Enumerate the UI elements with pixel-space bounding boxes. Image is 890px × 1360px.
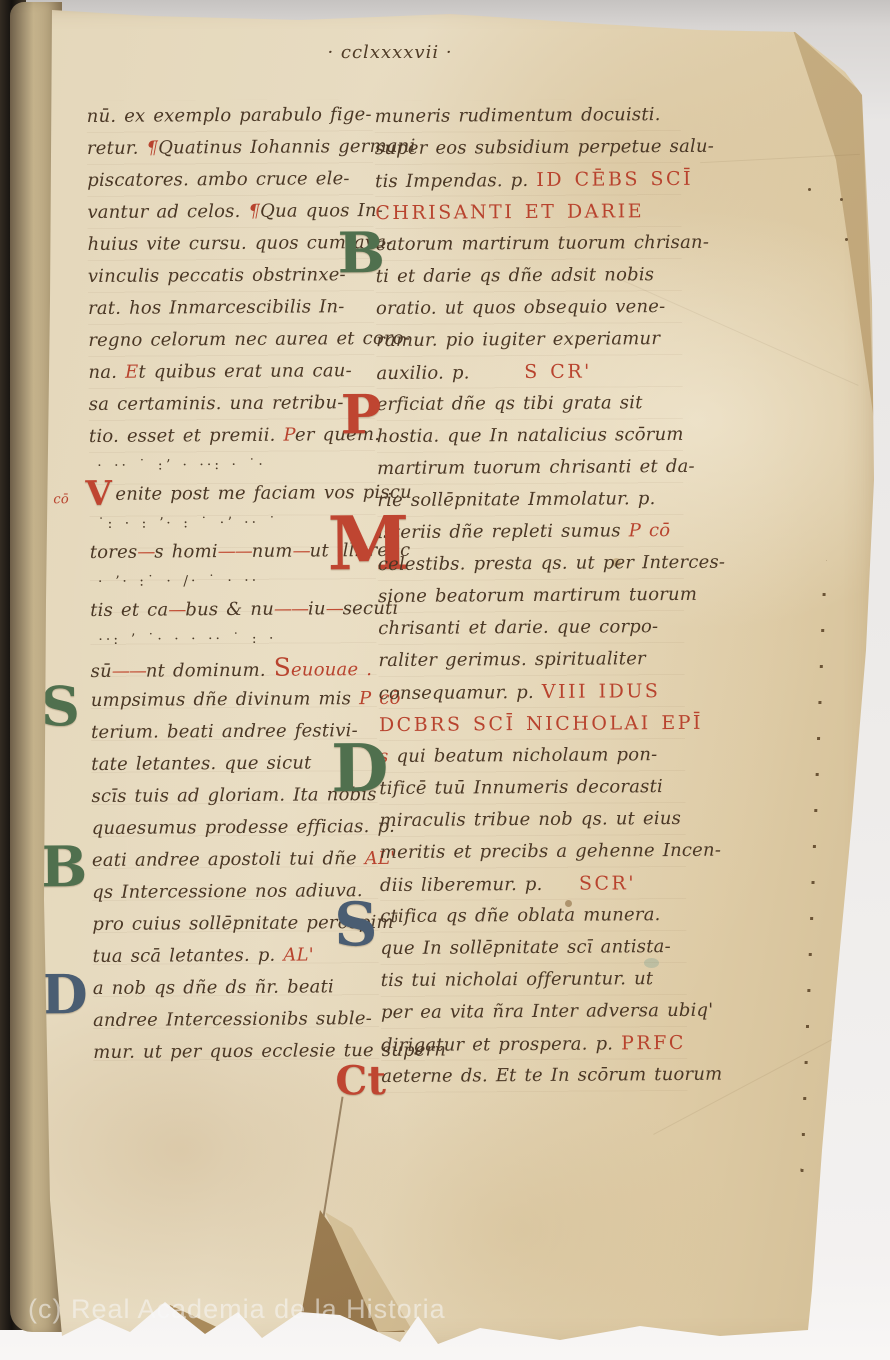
text-line: Da nob qs dñe ds ñr. beati	[93, 971, 379, 1005]
text-line: muneris rudimentum docuisti.	[375, 99, 681, 133]
illuminated-initial: S	[41, 679, 81, 733]
text-line: andree Intercessionibs suble-	[93, 1003, 379, 1037]
text-line: vinculis peccatis obstrinxe-	[88, 259, 374, 293]
text-line: retur. ¶Quatinus Iohannis germani	[87, 131, 373, 165]
text-line: consequamur. p. VIII IDUS	[379, 675, 685, 709]
text-line: Misteriis dñe repleti sumus P cō	[377, 515, 683, 549]
text-line: ramur. pio iugiter experiamur	[376, 323, 682, 357]
copyright-watermark: (c) Real Academia de la Historia	[28, 1294, 446, 1325]
text-line: Ctaeterne ds. Et te In scōrum tuorum	[381, 1059, 687, 1093]
illuminated-initial: D	[41, 967, 88, 1021]
text-line: que In sollēpnitate scī antista-	[380, 931, 686, 965]
text-line: sa certaminis. una retribu-	[89, 387, 375, 421]
text-line: meritis et precibs a gehenne Incen-	[380, 835, 686, 869]
text-line: sū——nt dominum. Seuouae .	[90, 651, 376, 685]
text-line: sione beatorum martirum tuorum	[378, 579, 684, 613]
prick-mark	[845, 238, 848, 241]
text-line: dirigatur et prospera. p. PRFC	[381, 1027, 687, 1061]
text-line: raliter gerimus. spiritualiter	[378, 643, 684, 677]
folio-number: · cclxxxxvii ·	[300, 42, 480, 63]
text-line: Sumpsimus dñe divinum mis P cō	[91, 683, 377, 717]
prick-marks	[800, 560, 827, 1180]
text-line: martirum tuorum chrisanti et da-	[377, 451, 683, 485]
text-line: Perficiat dñe qs tibi grata sit	[377, 387, 683, 421]
text-line: nū. ex exemplo parabulo fige-	[87, 99, 373, 133]
text-line: na. Et quibus erat una cau-	[88, 355, 374, 389]
parchment-page: · cclxxxxvii · nū. ex exemplo parabulo f…	[0, 0, 890, 1360]
text-line: rie sollēpnitate Immolatur. p.	[377, 483, 683, 517]
neume-row: · ·· ˙ :ʼ · ··: · ˙·	[89, 451, 375, 479]
text-line: Sctifica qs dñe oblata munera.	[380, 899, 686, 933]
text-line: tis et ca—bus & nu——iu—secuti	[90, 593, 376, 627]
text-line: piscatores. ambo cruce ele-	[87, 163, 373, 197]
parchment-crack	[322, 1097, 343, 1218]
text-line: rat. hos Inmarcescibilis In-	[88, 291, 374, 325]
manuscript-photo: · cclxxxxvii · nū. ex exemplo parabulo f…	[0, 0, 890, 1360]
crease-line	[700, 154, 860, 163]
illuminated-initial: Ct	[335, 1061, 386, 1101]
text-line: Beatorum martirum tuorum chrisan-	[375, 227, 681, 261]
text-column-right: muneris rudimentum docuisti.super eos su…	[375, 99, 688, 1093]
text-line: miraculis tribue nob qs. ut eius	[379, 803, 685, 837]
text-line: huius vite cursu. quos cum ava-	[88, 227, 374, 261]
text-line: chrisanti et darie. que corpo-	[378, 611, 684, 645]
illuminated-initial: B	[40, 839, 88, 895]
text-line: Beati andree apostoli tui dñe AL'	[92, 843, 378, 877]
text-line: DCBRS SCĪ NICHOLAI EPĪ	[379, 707, 685, 741]
text-line: hostia. que In natalicius scōrum	[377, 419, 683, 453]
prick-mark	[808, 188, 811, 191]
illuminated-initial: S	[334, 895, 378, 955]
text-line: diis liberemur. p. SCR'	[380, 867, 686, 901]
text-line: tificē tuū Innumeris decorasti	[379, 771, 685, 805]
margin-note: cō	[53, 484, 69, 516]
text-line: oratio. ut quos obsequio vene-	[376, 291, 682, 325]
text-line: quaesumus prodesse efficias. p.	[92, 811, 378, 845]
text-line: tio. esset et premii. Per quem.	[89, 419, 375, 453]
text-line: CHRISANTI ET DARIE	[375, 195, 681, 229]
text-line: super eos subsidium perpetue salu-	[375, 131, 681, 165]
text-line: tis tui nicholai offeruntur. ut	[381, 963, 687, 997]
neume-row: ··: ʼ ˙· · · ·· ˙ : ·	[90, 625, 376, 653]
text-line: vantur ad celos. ¶Qua quos In-	[87, 195, 373, 229]
prick-mark	[840, 198, 843, 201]
text-line: tis Impendas. p. ID CĒBS SCĪ	[375, 163, 681, 197]
text-line: auxilio. p. S CR'	[376, 355, 682, 389]
text-line: per ea vita ñra Inter adversa ubiq'	[381, 995, 687, 1029]
illuminated-initial: V	[85, 477, 112, 511]
text-line: ti et darie qs dñe adsit nobis	[376, 259, 682, 293]
text-line: celestibs. presta qs. ut per Interces-	[378, 547, 684, 581]
text-line: Ds qui beatum nicholaum pon-	[379, 739, 685, 773]
illuminated-initial: P	[341, 387, 382, 441]
text-line: regno celorum nec aurea et coro-	[88, 323, 374, 357]
